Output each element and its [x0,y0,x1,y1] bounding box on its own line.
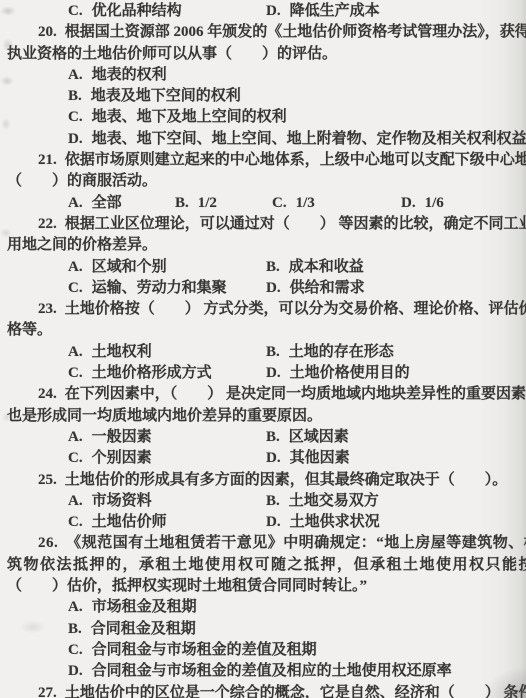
option-text: 个别因素 [92,450,152,466]
option-label: C. [68,280,83,296]
option-label: A. [68,195,83,211]
option-text: 一般因素 [92,429,152,445]
question-number: 23. [38,301,57,317]
option-text: 合同租金及租期 [91,621,196,637]
option-label: C. [68,642,83,658]
option-label: C. [68,365,83,381]
stem-text: 也是形成同一均质地域内地价差异的重要原因。 [7,408,322,424]
stem-text: （ ）估价，抵押权实现时土地租赁合同同时转让。” [7,578,367,594]
option-label: D. [266,280,281,296]
stem-text: 依据市场原则建立起来的中心地体系，上级中心地可以支配下级中心地 [65,152,526,168]
question-25-options-row-2: C.土地估价师 D.土地供求状况 [7,512,518,533]
question-23-stem-line-1: 23.土地价格按（ ） 方式分类，可以分为交易价格、理论价格、评估价 [7,299,518,320]
option-label: D. [68,131,83,147]
option-label: D. [68,663,83,679]
question-22-stem-line-2: 用地之间的价格差异。 [7,235,518,256]
option-label: D. [266,3,281,19]
question-20-option-a: A.地表的权利 [7,65,518,86]
option-c: C.1/3 [272,193,401,214]
question-24-stem-line-2: 也是形成同一均质地域内地价差异的重要原因。 [7,406,518,427]
option-d: D.土地价格使用目的 [266,363,410,384]
option-label: B. [266,344,280,360]
option-text: 降低生产成本 [290,3,380,19]
question-22-stem-line-1: 22.根据工业区位理论，可以通过对（ ） 等因素的比较，确定不同工业 [7,214,518,235]
option-label: B. [266,429,280,445]
question-23-options-row-2: C.土地价格形成方式 D.土地价格使用目的 [7,363,518,384]
option-text: 供给和需求 [290,280,365,296]
question-26-stem-line-3: （ ）估价，抵押权实现时土地租赁合同同时转让。” [7,576,518,597]
option-d: D.1/6 [401,193,444,214]
question-25-stem-line-1: 25.土地估价的形成具有多方面的因素，但其最终确定取决于（ ）。 [7,470,518,491]
question-21-stem-line-2: （ ）的商服活动。 [7,171,518,192]
option-a: A.土地权利 [68,342,266,363]
question-26-stem-line-2: 筑物依法抵押的，承租土地使用权可随之抵押，但承租土地使用权只能按 [7,555,518,576]
option-text: 区域和个别 [92,259,167,275]
option-label: D. [401,195,416,211]
option-text: 土地估价师 [92,514,167,530]
stem-text: 筑物依法抵押的，承租土地使用权可随之抵押，但承租土地使用权只能按 [7,557,526,573]
option-d: D.降低生产成本 [266,1,380,22]
option-c: C.土地价格形成方式 [68,363,266,384]
option-label: C. [68,450,83,466]
question-number: 21. [38,152,57,168]
option-text: 1/3 [296,195,315,211]
option-text: 地表、地下及地上空间的权利 [92,109,287,125]
question-number: 24. [38,386,57,402]
question-number: 26. [38,535,58,551]
question-number: 20. [38,24,57,40]
option-label: C. [68,514,83,530]
option-d: D.供给和需求 [266,278,365,299]
stem-text: 土地估价中的区位是一个综合的概念，它是自然、经济和（ ） 条件 [65,685,526,698]
option-label: D. [266,450,281,466]
option-label: B. [68,621,82,637]
option-text: 土地价格使用目的 [290,365,410,381]
option-b: B.土地的存在形态 [266,342,394,363]
option-text: 地表的权利 [92,67,167,83]
question-23-stem-line-2: 格等。 [7,320,518,341]
option-text: 土地交易双方 [289,493,379,509]
option-label: D. [266,365,281,381]
option-text: 合同租金与市场租金的差值及相应的土地使用权还原率 [92,663,452,679]
option-text: 合同租金与市场租金的差值及租期 [92,642,317,658]
question-20-option-d: D.地表、地下空间、地上空间、地上附着物、定作物及相关权利权益 [7,129,518,150]
option-text: 运输、劳动力和集聚 [92,280,227,296]
option-b: B.1/2 [175,193,272,214]
stem-text: 格等。 [7,322,52,338]
option-text: 其他因素 [290,450,350,466]
option-label: A. [68,344,83,360]
stem-text: 土地价格按（ ） 方式分类，可以分为交易价格、理论价格、评估价 [65,301,526,317]
question-20-stem-line-1: 20.根据国土资源部 2006 年颁发的《土地估价师资格考试管理办法》，获得 [7,22,518,43]
option-b: B.区域因素 [266,427,349,448]
option-label: C. [68,3,83,19]
option-text: 土地价格形成方式 [92,365,212,381]
option-a: A.全部 [68,193,175,214]
option-text: 地表及地下空间的权利 [91,88,241,104]
option-c: C.运输、劳动力和集聚 [68,278,266,299]
option-label: C. [272,195,287,211]
question-number: 27. [38,685,57,698]
option-b: B.成本和收益 [266,257,364,278]
question-21-stem-line-1: 21.依据市场原则建立起来的中心地体系，上级中心地可以支配下级中心地 [7,150,518,171]
option-label: B. [266,259,280,275]
option-a: A.区域和个别 [68,257,266,278]
question-24-options-row-1: A.一般因素 B.区域因素 [7,427,518,448]
exam-page: C.优化品种结构 D.降低生产成本 20.根据国土资源部 2006 年颁发的《土… [0,0,526,698]
stem-text: 《规范国有土地租赁若干意见》中明确规定：“地上房屋等建筑物、构 [66,535,526,551]
option-text: 土地权利 [92,344,152,360]
option-text: 市场租金及租期 [92,599,197,615]
stem-text: 执业资格的土地估价师可以从事（ ）的评估。 [7,46,337,62]
option-c: C.个别因素 [68,448,266,469]
question-26-option-b: B.合同租金及租期 [7,619,518,640]
option-a: A.市场资料 [68,491,266,512]
question-20-option-b: B.地表及地下空间的权利 [7,86,518,107]
option-label: B. [68,88,82,104]
stem-text: 根据国土资源部 2006 年颁发的《土地估价师资格考试管理办法》，获得 [65,24,526,40]
option-label: B. [266,493,280,509]
option-text: 地表、地下空间、地上空间、地上附着物、定作物及相关权利权益 [92,131,526,147]
question-26-option-a: A.市场租金及租期 [7,597,518,618]
question-24-options-row-2: C.个别因素 D.其他因素 [7,448,518,469]
question-22-options-row-1: A.区域和个别 B.成本和收益 [7,257,518,278]
option-label: A. [68,429,83,445]
option-text: 1/2 [198,195,217,211]
stem-text: （ ）的商服活动。 [7,173,157,189]
option-text: 土地供求状况 [290,514,380,530]
question-20-stem-line-2: 执业资格的土地估价师可以从事（ ）的评估。 [7,44,518,65]
question-23-options-row-1: A.土地权利 B.土地的存在形态 [7,342,518,363]
option-c: C.土地估价师 [68,512,266,533]
stem-text: 在下列因素中，（ ） 是决定同一均质地域内地块差异性的重要因素， [65,386,526,402]
stem-text: 土地估价的形成具有多方面的因素，但其最终确定取决于（ ）。 [65,472,508,488]
question-26-stem-line-1: 26.《规范国有土地租赁若干意见》中明确规定：“地上房屋等建筑物、构 [7,533,518,554]
question-26-option-d: D.合同租金与市场租金的差值及相应的土地使用权还原率 [7,661,518,682]
option-text: 全部 [92,195,122,211]
option-text: 区域因素 [289,429,349,445]
option-text: 1/6 [425,195,444,211]
stem-text: 用地之间的价格差异。 [7,237,157,253]
question-26-option-c: C.合同租金与市场租金的差值及租期 [7,640,518,661]
option-text: 市场资料 [92,493,152,509]
option-label: C. [68,109,83,125]
question-27-stem-line-1: 27.土地估价中的区位是一个综合的概念，它是自然、经济和（ ） 条件 [7,683,518,698]
option-a: A.一般因素 [68,427,266,448]
question-21-options-row: A.全部 B.1/2 C.1/3 D.1/6 [7,193,518,214]
question-22-options-row-2: C.运输、劳动力和集聚 D.供给和需求 [7,278,518,299]
option-label: A. [68,259,83,275]
option-d: D.其他因素 [266,448,350,469]
option-c: C.优化品种结构 [68,1,266,22]
option-label: A. [68,599,83,615]
option-d: D.土地供求状况 [266,512,380,533]
option-label: D. [266,514,281,530]
option-text: 成本和收益 [289,259,364,275]
option-label: B. [175,195,189,211]
option-text: 土地的存在形态 [289,344,394,360]
option-b: B.土地交易双方 [266,491,379,512]
question-number: 22. [38,216,57,232]
question-24-stem-line-1: 24.在下列因素中，（ ） 是决定同一均质地域内地块差异性的重要因素， [7,384,518,405]
option-text: 优化品种结构 [92,3,182,19]
question-number: 25. [38,472,57,488]
stem-text: 根据工业区位理论，可以通过对（ ） 等因素的比较，确定不同工业 [65,216,526,232]
option-label: A. [68,67,83,83]
option-label: A. [68,493,83,509]
question-25-options-row-1: A.市场资料 B.土地交易双方 [7,491,518,512]
question-20-option-c: C.地表、地下及地上空间的权利 [7,107,518,128]
carryover-options-row: C.优化品种结构 D.降低生产成本 [7,1,518,22]
